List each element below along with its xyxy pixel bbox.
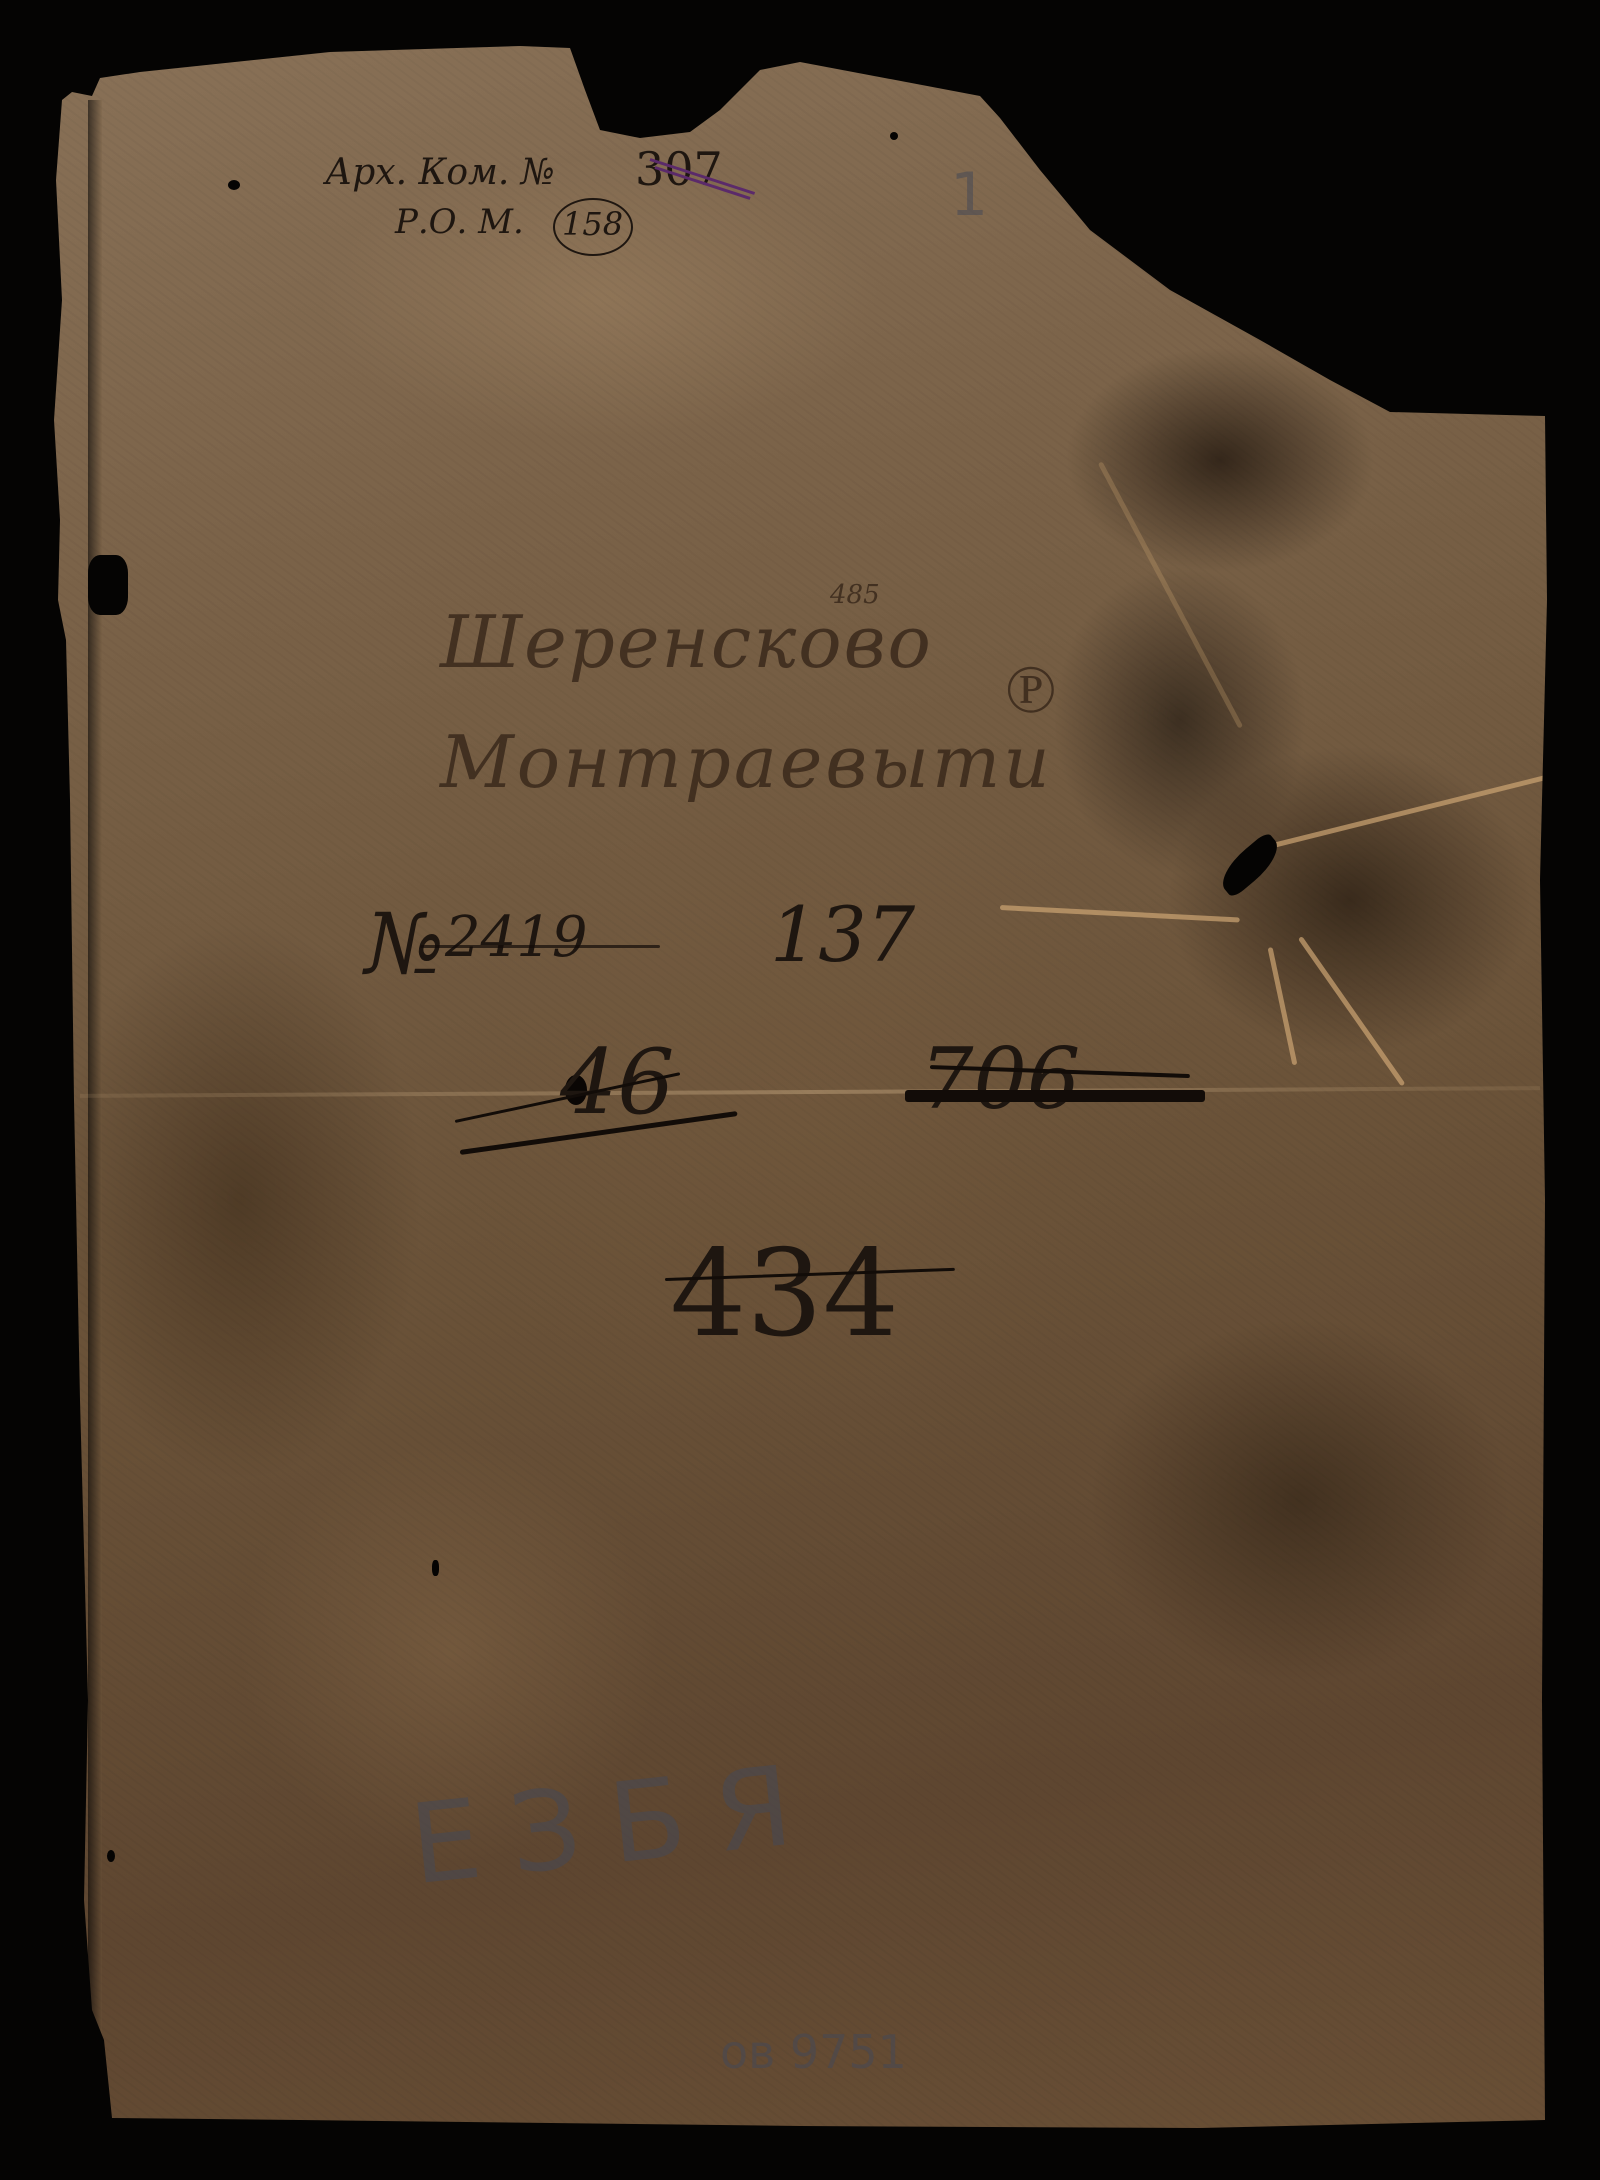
archive-circled-number: 158 [562, 205, 623, 243]
catalog-number-label: № [365, 895, 445, 993]
struck-number-left: 46 [560, 1030, 675, 1135]
folio-number: 1 [950, 160, 988, 230]
struck-number-right: 706 [920, 1030, 1080, 1128]
ink-spot [432, 1560, 439, 1576]
title-line2: Монтраевыти [440, 720, 1053, 804]
bottom-inventory-number: ов 9751 [720, 2025, 907, 2079]
catalog-number-struck: 2419 [445, 905, 588, 970]
tear-hole [88, 555, 128, 615]
archive-label-line2: Р.О. М. [395, 202, 524, 242]
ink-spot [228, 180, 240, 190]
parchment-cover: Арх. Ком. № 307 Р.О. М. 158 1 Шеренсково… [0, 0, 1600, 2180]
catalog-number-new: 137 [770, 890, 915, 979]
archive-label-line1: Арх. Ком. № [325, 152, 555, 193]
spine-shadow [88, 100, 102, 2120]
title-ornament: ℗ [1005, 650, 1057, 729]
ink-spot [107, 1850, 115, 1862]
ink-spot [890, 132, 898, 140]
main-number: 434 [670, 1225, 899, 1364]
strikethrough [420, 945, 660, 948]
title-line1: Шеренсково [440, 600, 933, 684]
title-superscript: 485 [830, 580, 880, 610]
document-scan: Арх. Ком. № 307 Р.О. М. 158 1 Шеренсково… [0, 0, 1600, 2180]
strikethrough [905, 1090, 1205, 1102]
